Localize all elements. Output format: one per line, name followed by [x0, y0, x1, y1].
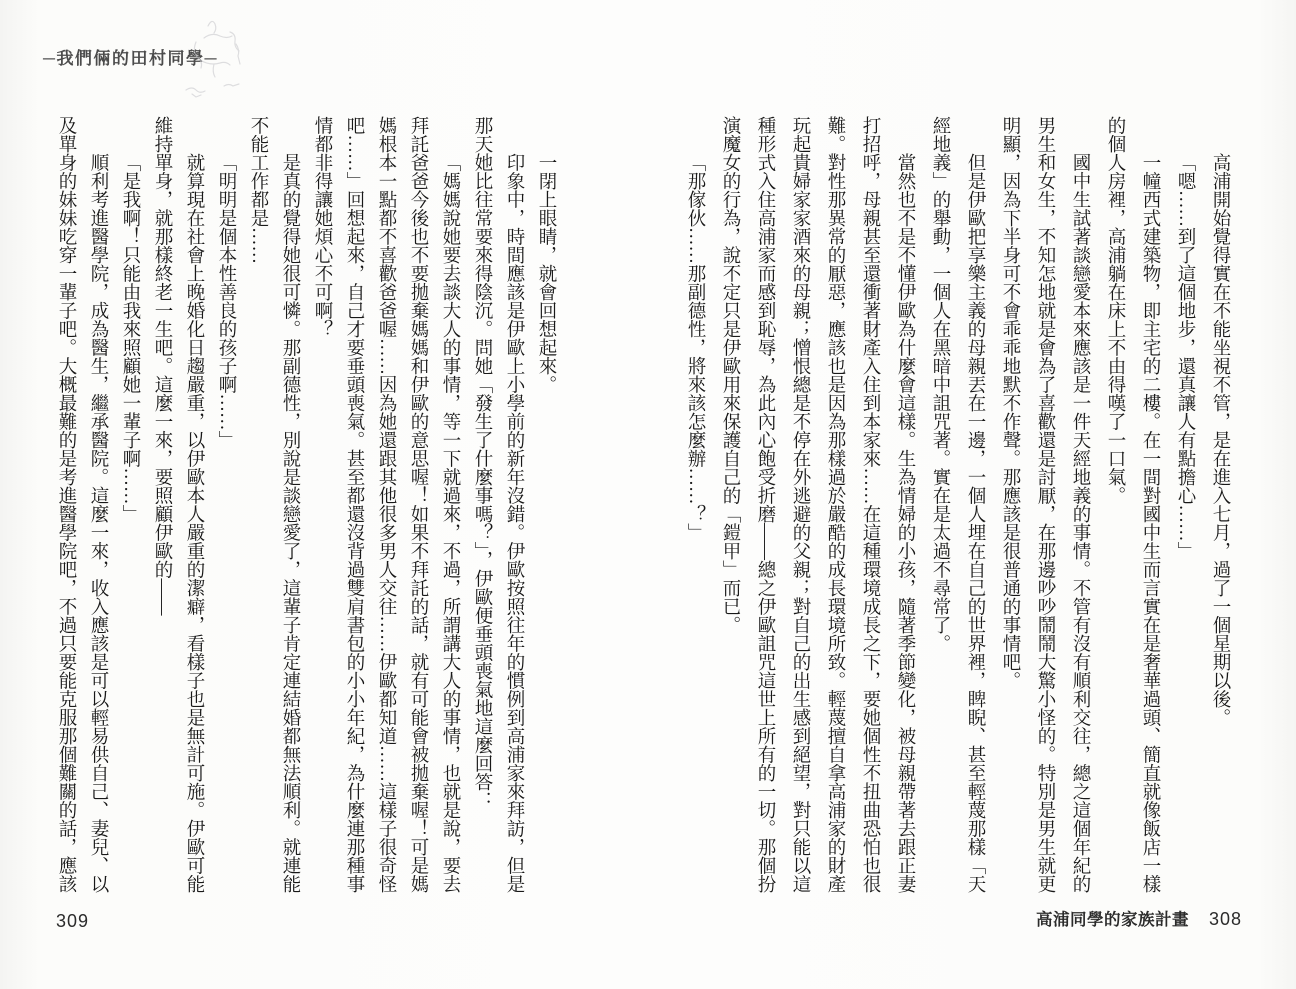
paragraph: 高浦開始覺得實在不能坐視不管，是在進入七月，過了一個星期以後。	[1202, 116, 1237, 894]
page-number-left: 309	[56, 911, 89, 932]
paragraph: 順利考進醫學院，成為醫生，繼承醫院。這麼一來，收入應該是可以輕易供自己、妻兒、以…	[50, 116, 114, 894]
paragraph: 「明明是個本性善良的孩子啊……」	[210, 116, 242, 894]
paragraph: 一閉上眼睛，就會回想起來。	[530, 116, 562, 894]
chapter-title: 高浦同學的家族計畫	[1036, 906, 1189, 930]
paragraph: 「是我啊！只能由我來照顧她一輩子啊……」	[114, 116, 146, 894]
book-scan-spread: ─我們倆的田村同學─ 高浦開始覺得實在不能坐視不管，是在進入七月，過了一個星期以…	[0, 0, 1296, 989]
faint-sketch-artifact	[178, 8, 256, 104]
paragraph: 印象中，時間應該是伊歐上小學前的新年沒錯。伊歐按照往年的慣例到高浦家來拜訪，但是…	[466, 116, 530, 894]
paragraph: 一幢西式建築物，即主宅的二樓。在一間對國中生而言實在是奢華過頭、簡直就像飯店一樣…	[1097, 116, 1167, 894]
paragraph: 但是伊歐把享樂主義的母親丟在一邊，一個人埋在自己的世界裡，睥睨、甚至輕蔑那樣「天…	[922, 116, 992, 894]
paragraph: 「媽媽說她要去談大人的事情，等一下就過來，不過，所謂講大人的事情，也就是說，要去…	[306, 116, 466, 894]
page-number-right: 308	[1209, 909, 1242, 930]
paragraph: 當然也不是不懂伊歐為什麼會這樣。生為情婦的小孩，隨著季節變化，被母親帶著去跟正妻…	[712, 116, 922, 894]
paragraph: 「嗯……到了這個地步，還真讓人有點擔心……」	[1167, 116, 1202, 894]
page-right-body-text: 高浦開始覺得實在不能坐視不管，是在進入七月，過了一個星期以後。「嗯……到了這個地…	[677, 116, 1237, 894]
paragraph: 「那傢伙……那副德性，將來該怎麼辦……？」	[677, 116, 712, 894]
paragraph: 是真的覺得她很可憐。那副德性，別說是談戀愛了，這輩子肯定連結婚都無法順利。就連能…	[242, 116, 306, 894]
page-left-body-text: 一閉上眼睛，就會回想起來。印象中，時間應該是伊歐上小學前的新年沒錯。伊歐按照往年…	[50, 116, 562, 894]
paragraph: 國中生試著談戀愛本來應該是一件天經地義的事情。不管有沒有順利交往，總之這個年紀的…	[992, 116, 1097, 894]
page-right-footer: 高浦同學的家族計畫 308	[1036, 906, 1242, 930]
paragraph: 就算現在社會上晚婚化日趨嚴重，以伊歐本人嚴重的潔癖，看樣子也是無計可施。伊歐可能…	[146, 116, 210, 894]
